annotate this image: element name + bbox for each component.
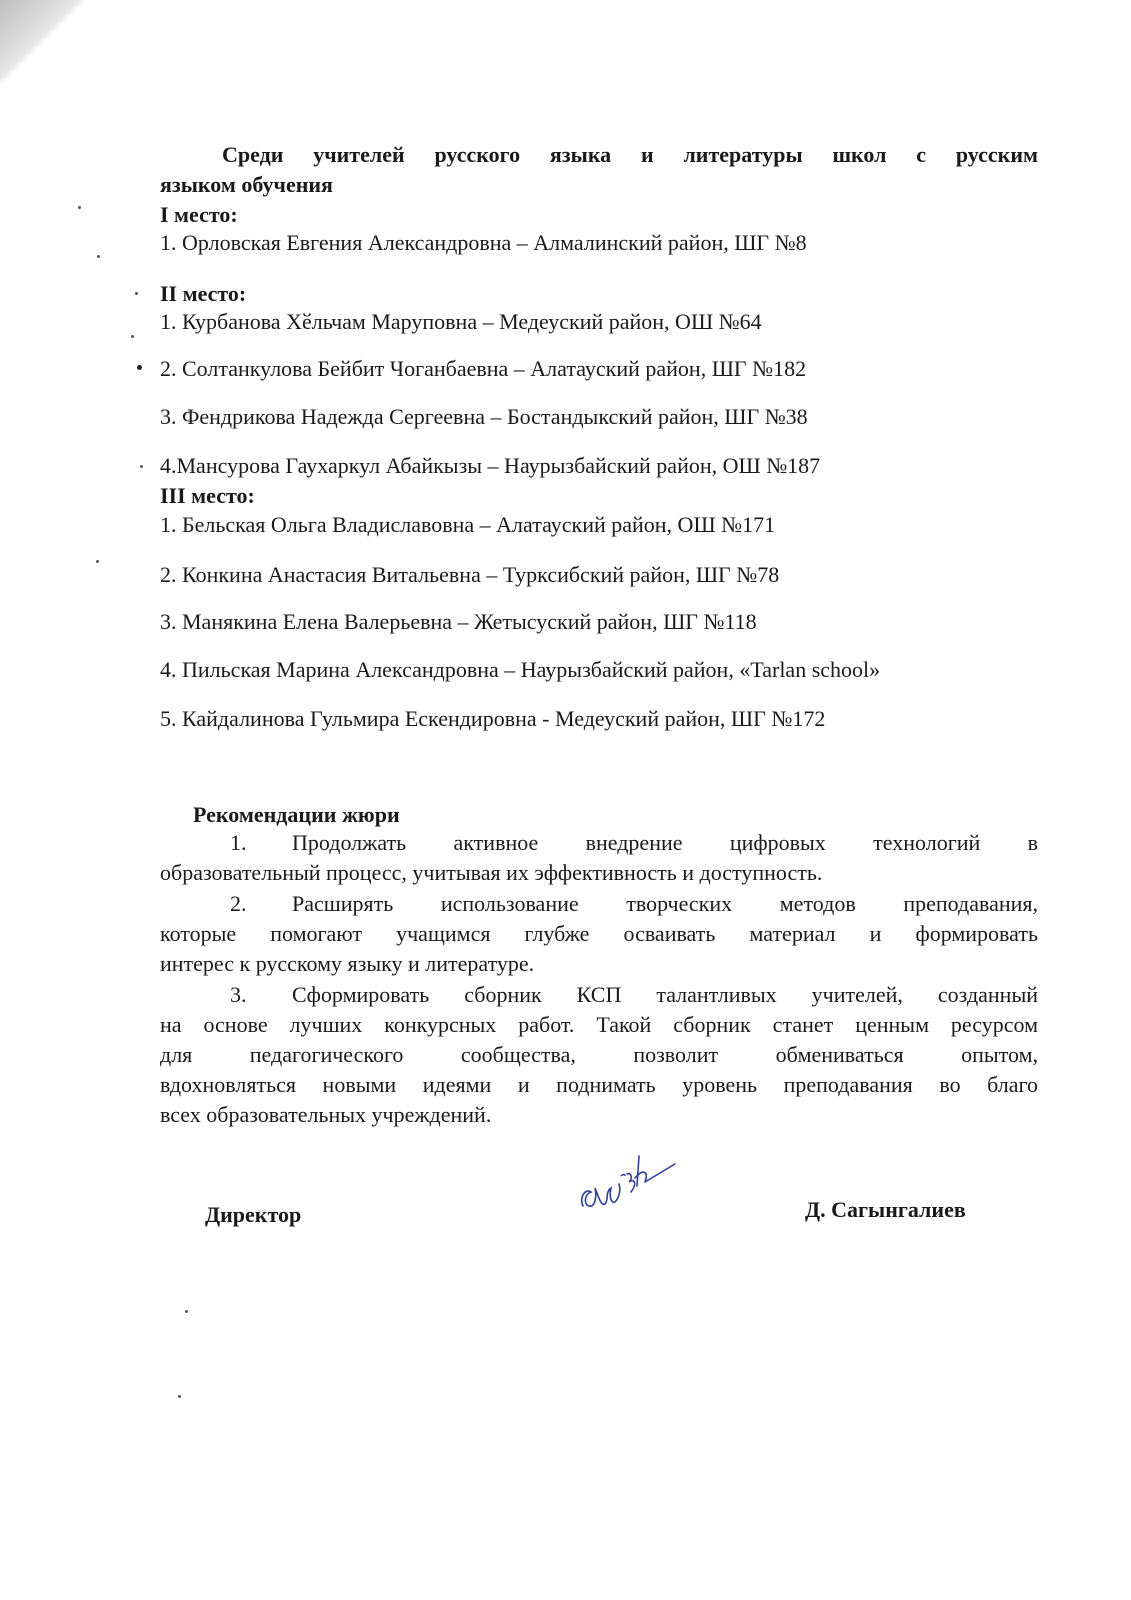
scan-speck — [135, 292, 138, 295]
scan-speck — [178, 1395, 181, 1398]
place-2-entry: 1. Курбанова Хӗльчам Маруповна – Медеуск… — [160, 307, 762, 337]
recommendation-text: образовательный процесс, учитывая их эфф… — [160, 858, 1038, 888]
scan-speck — [131, 335, 134, 338]
scan-speck — [97, 255, 100, 258]
recommendation-text: всех образовательных учреждений. — [160, 1100, 1038, 1130]
recommendation-text: которые помогают учащимся глубже осваива… — [160, 919, 1038, 949]
place-2-entry: 4.Мансурова Гаухаркул Абайкызы – Наурызб… — [160, 451, 820, 481]
place-2-label: II место: — [160, 279, 246, 309]
handwritten-signature — [575, 1148, 685, 1218]
place-3-label: III место: — [160, 481, 255, 511]
recommendation-text: на основе лучших конкурсных работ. Такой… — [160, 1010, 1038, 1040]
recommendation-text: вдохновляться новыми идеями и поднимать … — [160, 1070, 1038, 1100]
recommendation-item-1: 1. Продолжать активное внедрение цифровы… — [160, 828, 1038, 888]
recommendation-item-2: 2. Расширять использование творческих ме… — [160, 889, 1038, 979]
place-3-entry: 4. Пильская Марина Александровна – Науры… — [160, 655, 880, 685]
scan-speck — [185, 1310, 188, 1313]
recommendation-item-3: 3. Сформировать сборник КСП талантливых … — [160, 980, 1038, 1130]
document-heading: Среди учителей русского языка и литерату… — [160, 140, 1038, 200]
scan-speck — [137, 365, 142, 370]
heading-line-1: Среди учителей русского языка и литерату… — [160, 140, 1038, 170]
recommendation-number: 1. — [230, 828, 247, 858]
signoff-position: Директор — [205, 1200, 301, 1230]
scan-speck — [78, 206, 81, 209]
place-3-entry: 1. Бельская Ольга Владиславовна – Алатау… — [160, 510, 775, 540]
recommendation-text: Продолжать активное внедрение цифровых т… — [230, 828, 1038, 858]
folded-page-corner — [0, 0, 90, 85]
recommendation-text: интерес к русскому языку и литературе. — [160, 949, 1038, 979]
recommendation-text: Сформировать сборник КСП талантливых учи… — [230, 980, 1038, 1010]
place-1-entry: 1. Орловская Евгения Александровна – Алм… — [160, 228, 807, 258]
place-3-entry: 3. Манякина Елена Валерьевна – Жетысуски… — [160, 607, 757, 637]
signoff-name: Д. Сагынгалиев — [805, 1195, 966, 1225]
place-1-label: I место: — [160, 200, 238, 230]
place-3-entry: 5. Кайдалинова Гульмира Ескендировна - М… — [160, 704, 825, 734]
recommendations-title: Рекомендации жюри — [193, 800, 400, 830]
scan-speck — [96, 560, 99, 563]
recommendation-text: Расширять использование творческих метод… — [230, 889, 1038, 919]
place-2-entry: 3. Фендрикова Надежда Сергеевна – Бостан… — [160, 402, 808, 432]
place-3-entry: 2. Конкина Анастасия Витальевна – Туркси… — [160, 560, 779, 590]
place-2-entry: 2. Солтанкулова Бейбит Чоганбаевна – Ала… — [160, 354, 806, 384]
recommendation-number: 2. — [230, 889, 247, 919]
heading-line-2: языком обучения — [160, 170, 1038, 200]
scan-speck — [140, 465, 143, 468]
recommendation-text: для педагогического сообщества, позволит… — [160, 1040, 1038, 1070]
recommendation-number: 3. — [230, 980, 247, 1010]
